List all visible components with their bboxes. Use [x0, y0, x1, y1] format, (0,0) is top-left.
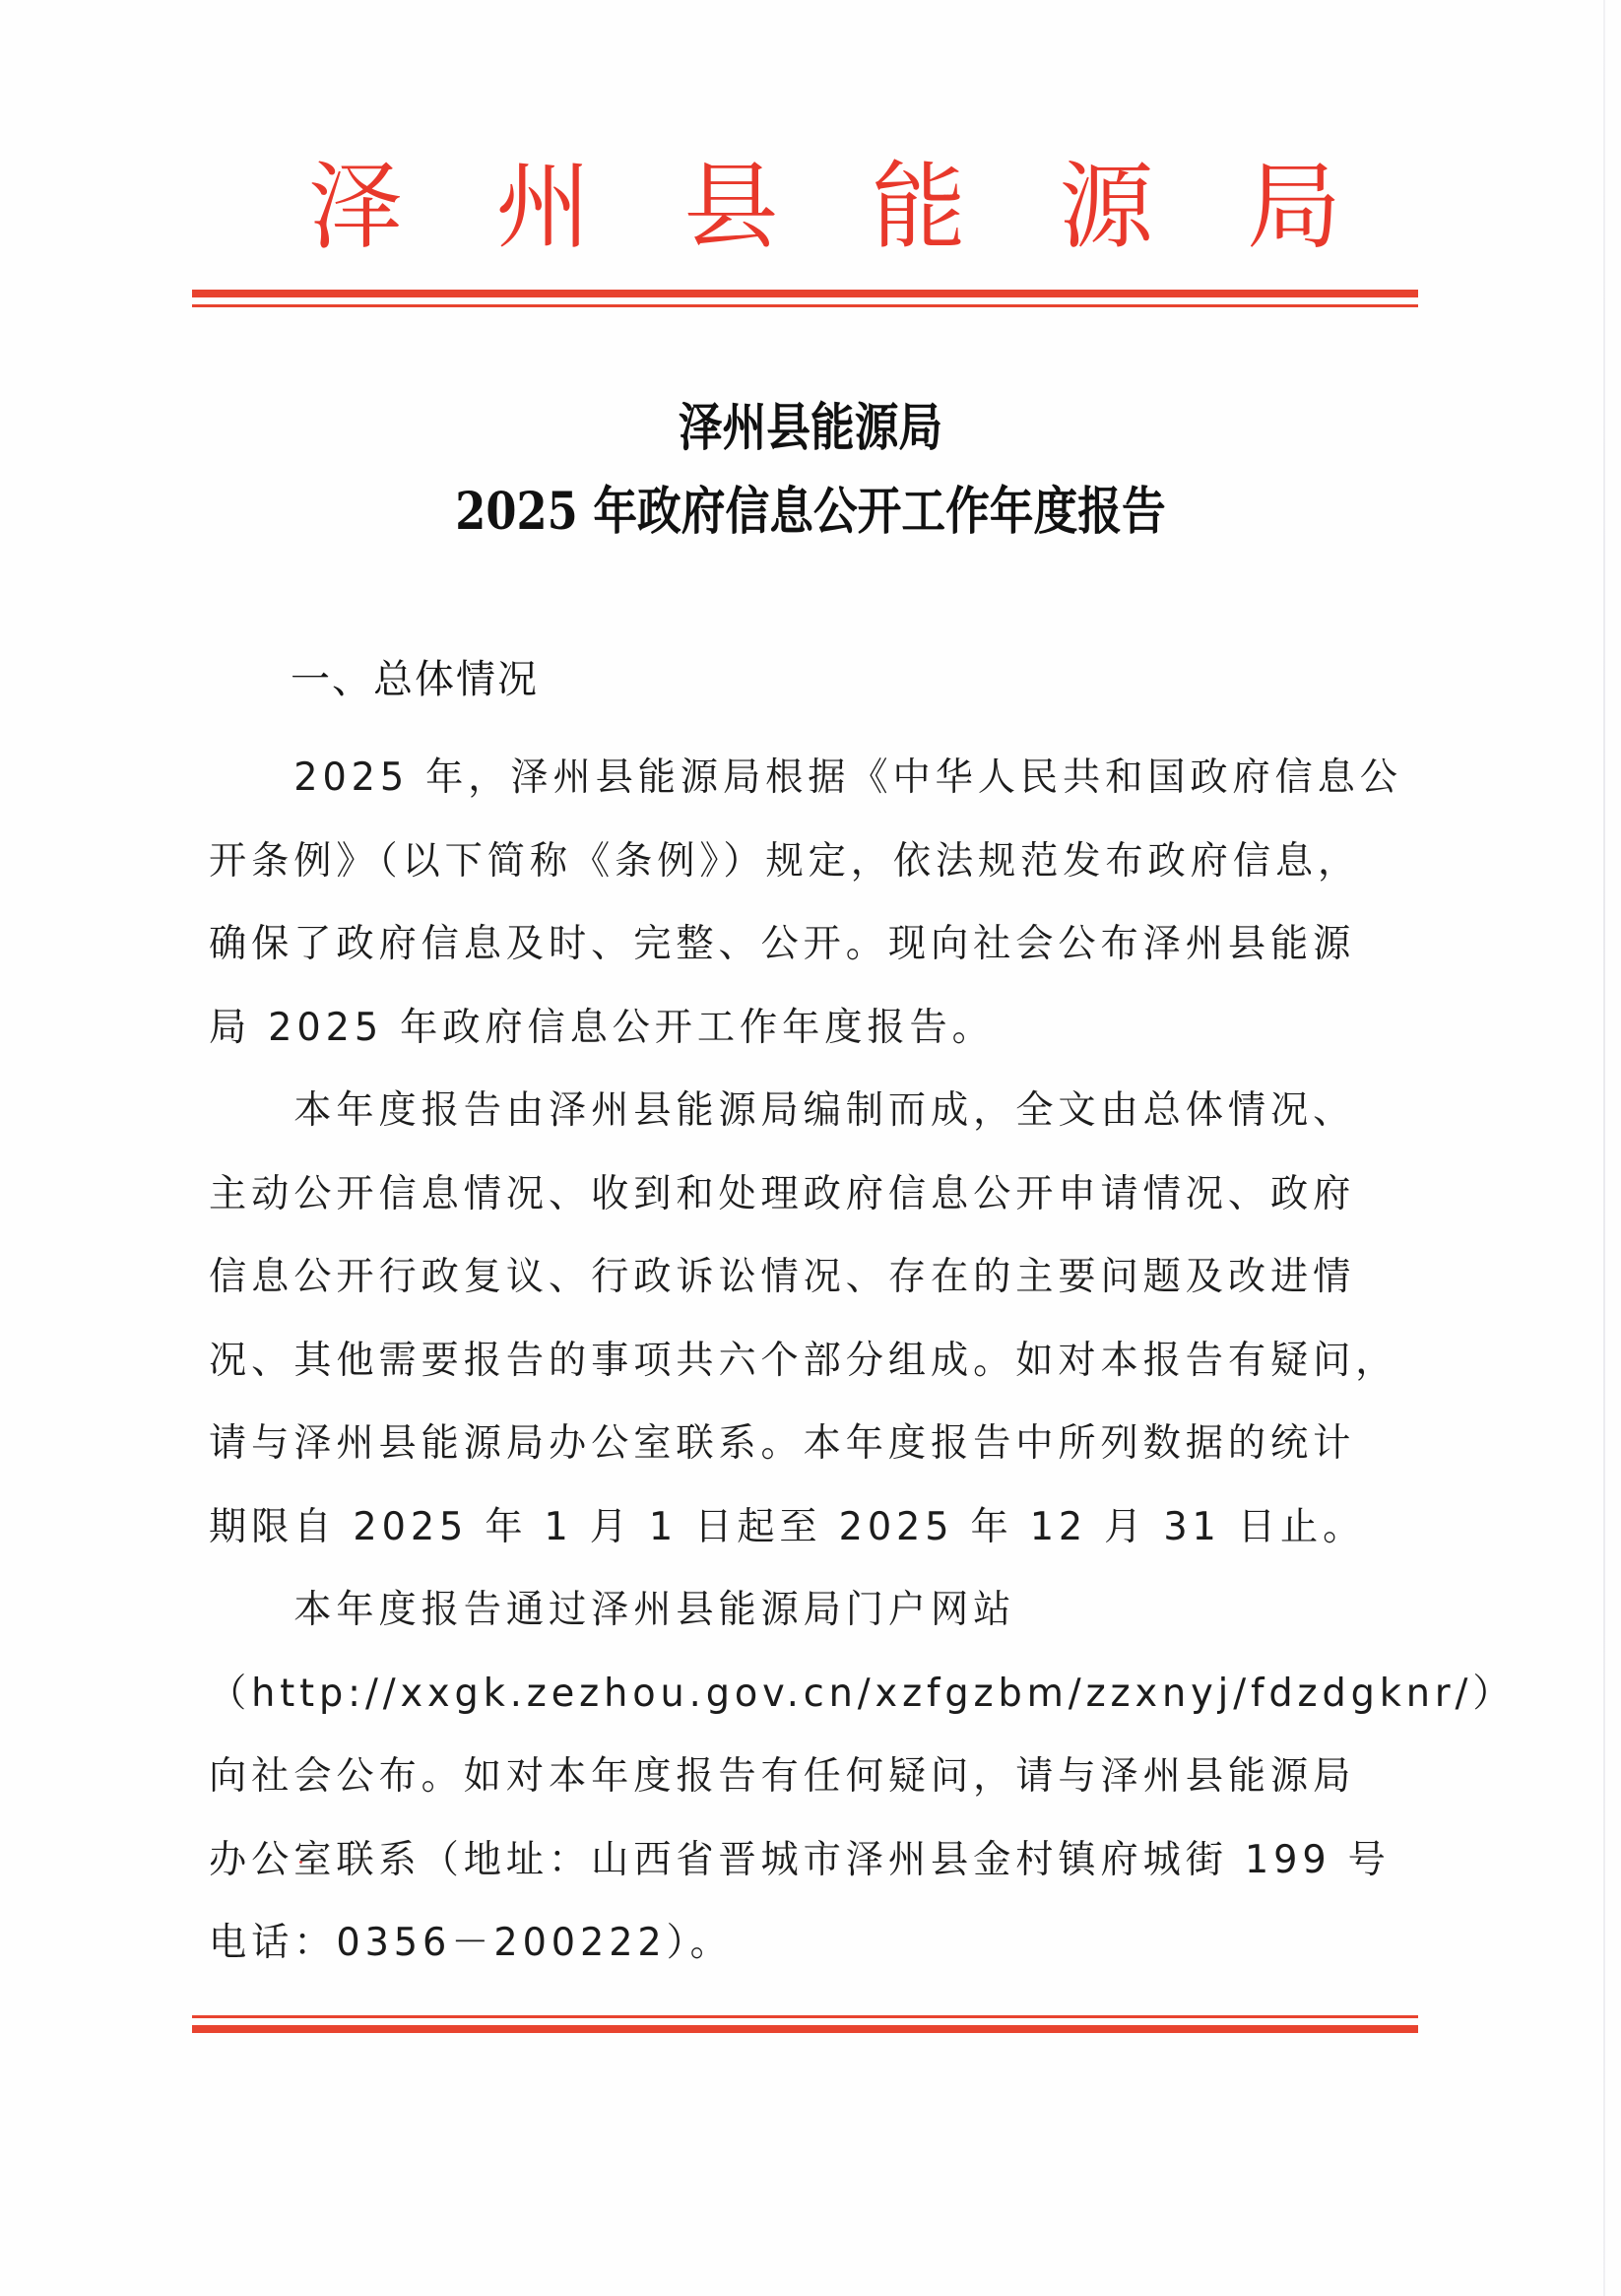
phone-line: 电话：0356－200222）。: [209, 1902, 1347, 1986]
body-line: 况、其他需要报告的事项共六个部分组成。如对本报告有疑问，: [209, 1320, 1347, 1404]
body-line: 主动公开信息情况、收到和处理政府信息公开申请情况、政府: [209, 1153, 1347, 1237]
body-line: 开条例》（以下简称《条例》）规定，依法规范发布政府信息，: [209, 820, 1347, 904]
body-line: 请与泽州县能源局办公室联系。本年度报告中所列数据的统计: [209, 1403, 1347, 1486]
document-title-line2: 2025 年政府信息公开工作年度报告: [113, 483, 1508, 542]
scan-edge-line: [1603, 0, 1605, 2296]
masthead-char: 县: [683, 148, 778, 266]
body-line: 信息公开行政复议、行政诉讼情况、存在的主要问题及改进情: [209, 1236, 1347, 1320]
body-line: 本年度报告由泽州县能源局编制而成，全文由总体情况、: [209, 1070, 1347, 1153]
masthead-char: 局: [1247, 148, 1341, 266]
body-line: 2025 年，泽州县能源局根据《中华人民共和国政府信息公: [209, 737, 1347, 820]
bottom-rule-thick: [192, 2025, 1418, 2033]
masthead-char: 州: [496, 148, 591, 266]
masthead-char: 能: [872, 148, 966, 266]
body-line: 期限自 2025 年 1 月 1 日起至 2025 年 12 月 31 日止。: [209, 1486, 1347, 1570]
body-line: 向社会公布。如对本年度报告有任何疑问，请与泽州县能源局: [209, 1736, 1347, 1819]
top-rule-thin: [192, 304, 1418, 307]
website-url-line: （http://xxgk.zezhou.gov.cn/xzfgzbm/zzxny…: [209, 1653, 1347, 1737]
scan-speck: [299, 1861, 302, 1864]
body-line: 确保了政府信息及时、完整、公开。现向社会公布泽州县能源: [209, 903, 1347, 987]
section-heading: 一、总体情况: [291, 650, 539, 709]
body-text: 2025 年，泽州县能源局根据《中华人民共和国政府信息公 开条例》（以下简称《条…: [209, 737, 1371, 1986]
bottom-rule-thin: [192, 2015, 1418, 2018]
masthead-char: 泽: [308, 148, 403, 266]
address-line: 办公室联系（地址：山西省晋城市泽州县金村镇府城街 199 号: [209, 1819, 1347, 1903]
body-line: 本年度报告通过泽州县能源局门户网站: [209, 1569, 1347, 1653]
top-rule-thick: [192, 290, 1418, 297]
document-page: 泽 州 县 能 源 局 泽州县能源局 2025 年政府信息公开工作年度报告 一、…: [0, 0, 1621, 2296]
body-line: 局 2025 年政府信息公开工作年度报告。: [209, 987, 1347, 1071]
masthead-char: 源: [1059, 148, 1153, 266]
masthead: 泽 州 县 能 源 局: [192, 148, 1418, 266]
document-title-line1: 泽州县能源局: [113, 399, 1508, 458]
